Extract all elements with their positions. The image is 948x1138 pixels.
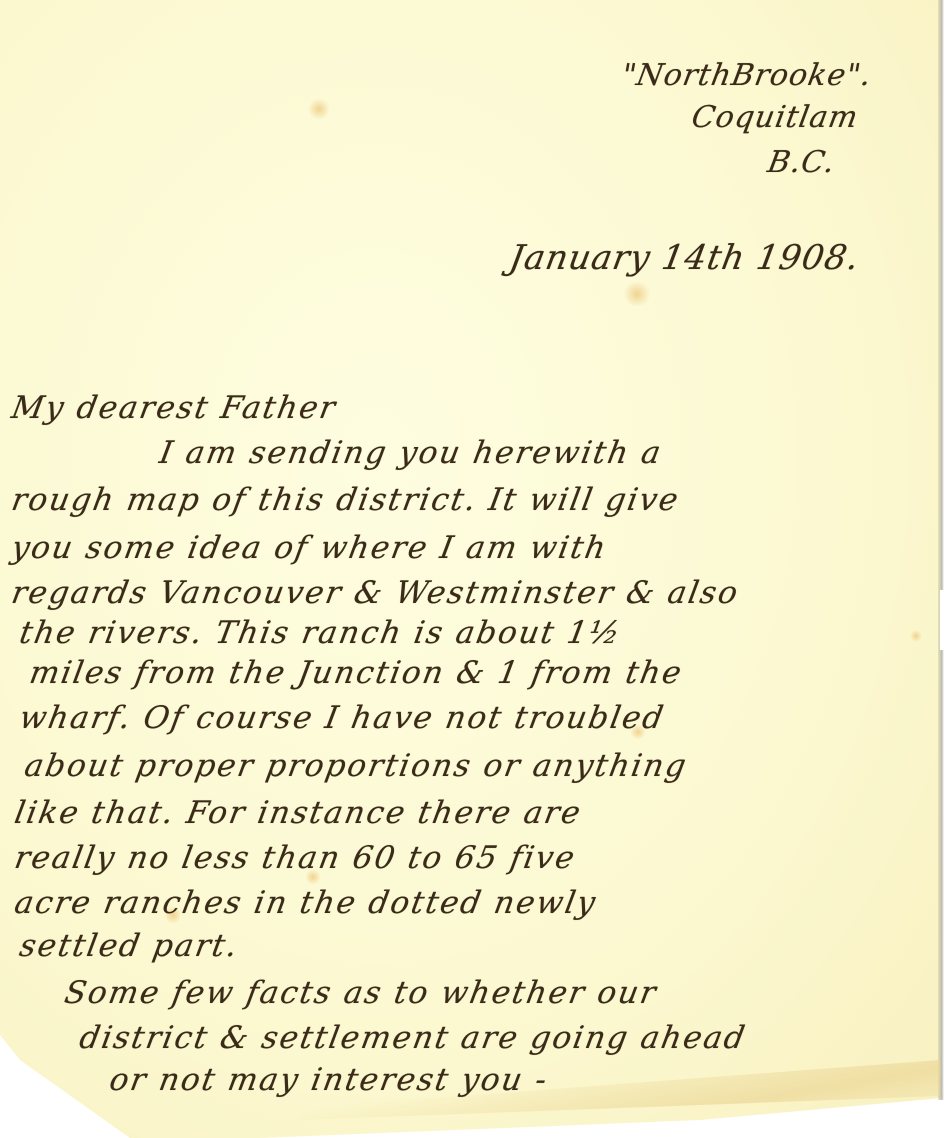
body-line: or not may interest you - <box>107 1062 551 1098</box>
scanned-letter-page: "NorthBrooke". Coquitlam B.C. January 14… <box>0 0 948 1138</box>
body-line: like that. For instance there are <box>12 795 585 831</box>
body-line: acre ranches in the dotted newly <box>12 885 600 921</box>
body-line: settled part. <box>17 928 242 964</box>
body-line: Some few facts as to whether our <box>62 975 661 1011</box>
foxing-spot <box>622 282 652 306</box>
paper-right-edge <box>938 0 948 1100</box>
salutation: My dearest Father <box>9 390 340 426</box>
address-province: B.C. <box>765 145 838 180</box>
paper-edge-notch <box>940 590 948 650</box>
foxing-spot <box>308 98 330 120</box>
address-house-name: "NorthBrooke". <box>619 58 875 93</box>
body-line: you some idea of where I am with <box>9 530 611 566</box>
body-line: rough map of this district. It will give <box>9 482 683 518</box>
body-line: regards Vancouver & Westminster & also <box>9 575 742 611</box>
foxing-spot <box>910 630 922 642</box>
body-line: I am sending you herewith a <box>157 435 666 471</box>
body-line: miles from the Junction & 1 from the <box>27 655 686 691</box>
letter-date: January 14th 1908. <box>506 238 862 278</box>
body-line: really no less than 60 to 65 five <box>12 840 579 876</box>
body-line: about proper proportions or anything <box>22 748 691 784</box>
body-line: district & settlement are going ahead <box>77 1020 749 1056</box>
body-line: wharf. Of course I have not troubled <box>17 700 668 736</box>
body-line: the rivers. This ranch is about 1½ <box>17 615 624 651</box>
address-town: Coquitlam <box>689 100 861 135</box>
